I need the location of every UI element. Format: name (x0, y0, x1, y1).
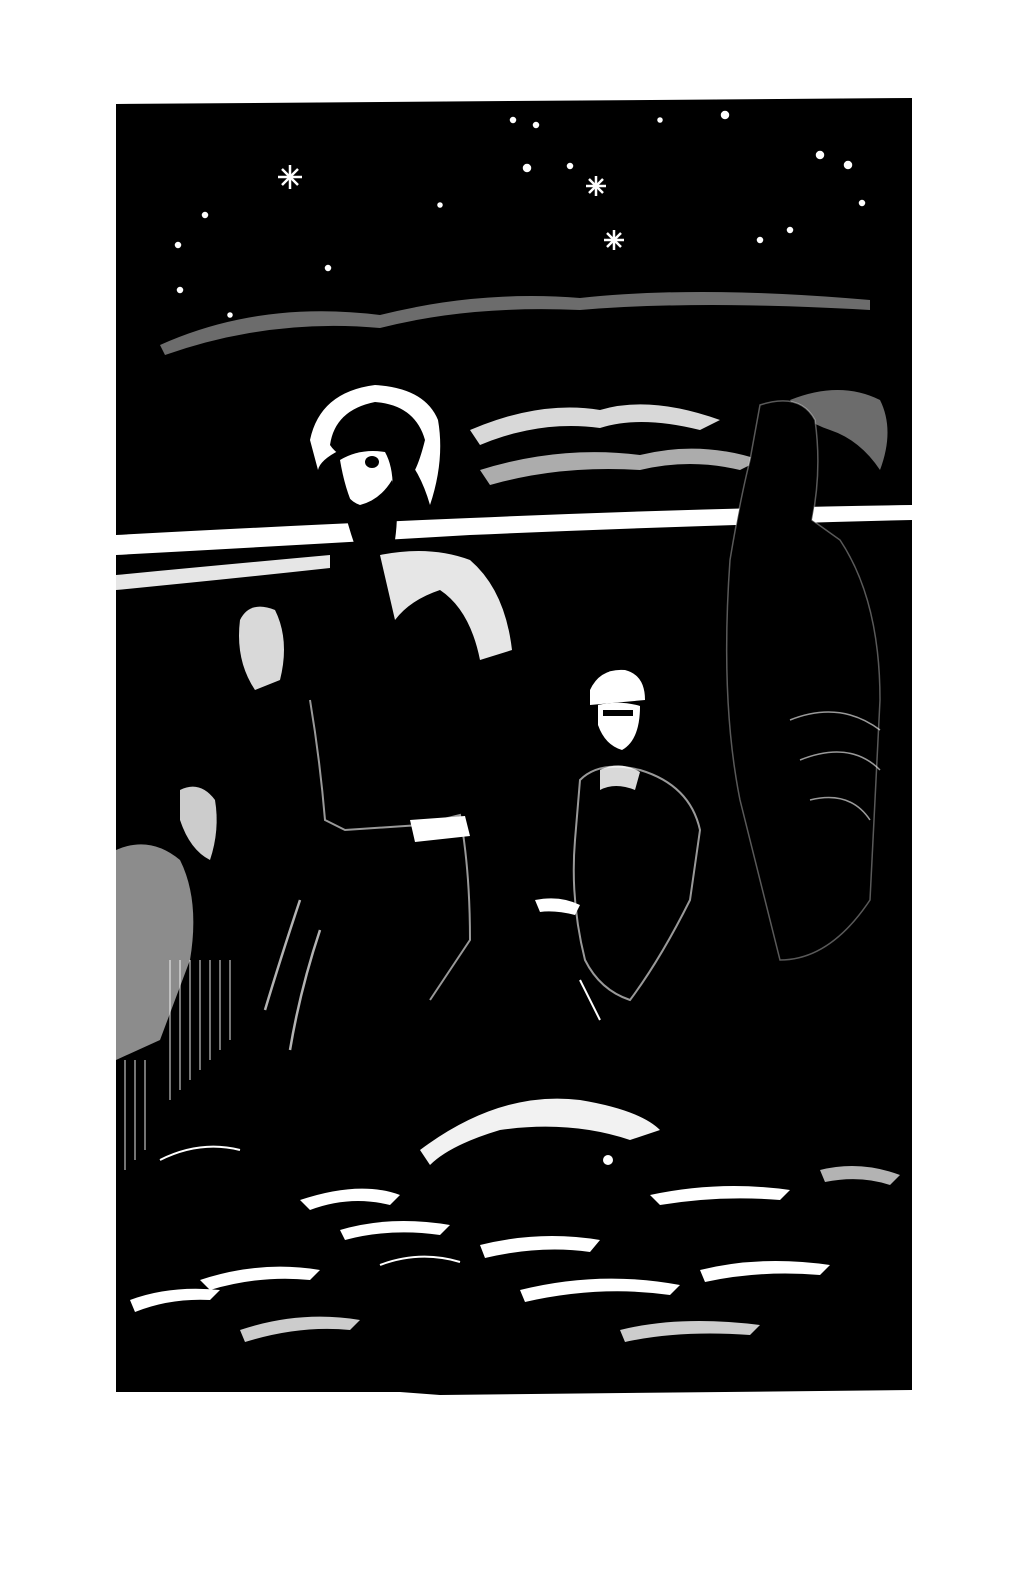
night-scene-illustration (0, 0, 1036, 1587)
star-icon (586, 176, 606, 196)
book-page (0, 0, 1036, 1587)
star-icon (604, 230, 624, 250)
